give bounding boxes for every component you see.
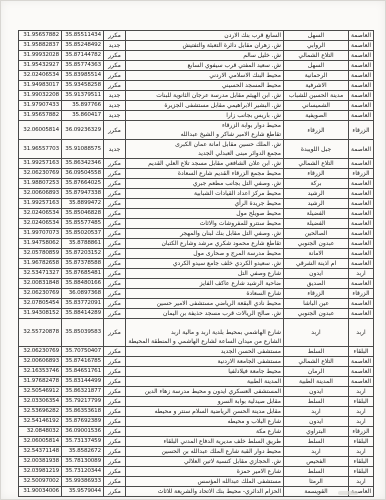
cell-longitude: 35.79217799 (62, 397, 104, 407)
cell-description: محيط المسجد الحسيني (126, 81, 284, 91)
cell-latitude: 31.99257163 (19, 159, 62, 169)
table-row: العاصمة الرحمانية محيط البنك الاسلامي ال… (19, 71, 374, 81)
cell-longitude: 35.86321877 (62, 387, 104, 397)
cell-status: مكرر (104, 387, 126, 397)
table-row: العاصمة الامانة محيط مدرسة المرج و صحارى… (19, 249, 374, 259)
cell-status: مكرر (104, 229, 126, 239)
cell-latitude: 31.95432927 (19, 61, 62, 71)
cell-longitude: 35.8899472 (62, 199, 104, 209)
cell-longitude: 35.87664025 (62, 179, 104, 189)
table-row: اربد اربد مقابل مدينة الحسن الرياضية الس… (19, 407, 374, 417)
cell-status: مكرر (104, 467, 126, 477)
cell-description: محيط صويلح مول (126, 209, 284, 219)
cell-latitude: 32.02406534 (19, 71, 62, 81)
cell-description: مقابل مدينة الحسن الرياضية السلام سنتر و… (126, 407, 284, 417)
cell-governorate: العاصمة (349, 279, 374, 289)
cell-latitude: 31.98807253 (19, 179, 62, 189)
cell-status: مكرر (104, 309, 126, 319)
cell-description: محيط البنك الاسلامي الاردني (126, 71, 284, 81)
cell-governorate: العاصمة (349, 199, 374, 209)
cell-latitude: 31.95657882 (19, 31, 62, 41)
cell-latitude: 31.95657882 (19, 111, 62, 121)
cell-governorate: اربد (349, 387, 374, 397)
cell-status: مكرر (104, 179, 126, 189)
cell-status: مكرر (104, 159, 126, 169)
cell-longitude: 35.897766 (62, 101, 104, 111)
cell-area: عبدون الجنوبي (284, 239, 349, 249)
cell-longitude: 35.87144782 (62, 51, 104, 61)
cell-description: شارع الامير حمزة (126, 467, 284, 477)
cell-governorate: العاصمة (349, 111, 374, 121)
cell-status: مكرر (104, 417, 126, 427)
cell-governorate: البلقاء (349, 457, 374, 467)
table-row: البلقاء السلط طريق السلط خلف مديرية الدف… (19, 437, 374, 447)
cell-description: مستشفى الملك عبدالله المؤسس (126, 477, 284, 487)
cell-governorate: الزرقاء (349, 289, 374, 299)
table-row: العاصمة الاشرفية محيط المسجد الحسيني مكر… (19, 81, 374, 91)
cell-governorate: اربد (349, 447, 374, 457)
cell-governorate: العاصمة (349, 41, 374, 51)
cell-status: مكرر (104, 487, 126, 497)
cell-governorate: العاصمة (349, 239, 374, 249)
cell-status: مكرر (104, 367, 126, 377)
scan-artifact (338, 491, 358, 495)
cell-status: مكرر (104, 319, 126, 347)
cell-latitude: 32.07805454 (19, 299, 62, 309)
table-row: البلقاء السلط مقابل صيدلية بوابة السرو م… (19, 397, 374, 407)
cell-area: ايدون (284, 269, 349, 279)
cell-latitude: 31.95882837 (19, 41, 62, 51)
cell-area: الشميساني (284, 101, 349, 111)
cell-area: السهل (284, 61, 349, 71)
cell-area: السهل (284, 31, 349, 41)
cell-latitude: 32.03306354 (19, 397, 62, 407)
cell-governorate: العاصمة (349, 189, 374, 199)
cell-description: شارع مكة (126, 427, 284, 437)
table-row: العاصمة جبل اللويبدة ش. الملك حسين مقابل… (19, 140, 374, 159)
cell-status: مكرر (104, 437, 126, 447)
cell-longitude: 35.73120344 (62, 467, 104, 477)
cell-description: شارع السعادة (126, 289, 284, 299)
cell-longitude: 35.87416785 (62, 357, 104, 367)
cell-governorate: البلقاء (349, 437, 374, 447)
cell-area: المدينة الطبية (284, 377, 349, 387)
cell-latitude: 32.06230769 (19, 169, 62, 179)
cell-description: محيط سنترو للمفروشات والاثاث (126, 219, 284, 229)
cell-description: ش. سعيدو الكردي خلف جامع سيدو الكردي (126, 259, 284, 269)
cell-governorate: اربد (349, 269, 374, 279)
cell-status: مكرر (104, 447, 126, 457)
cell-area: الزرقاء (284, 289, 349, 299)
table-row: العاصمة السهل ش. سعيد المفتي قرب سيفوي ا… (19, 61, 374, 71)
table-row: اربد الرمثا مستشفى الملك عبدالله المؤسس … (19, 477, 374, 487)
locations-table: العاصمة السهل السابع قرب بنك الاردن مكرر… (18, 30, 374, 497)
table-body: العاصمة السهل السابع قرب بنك الاردن مكرر… (19, 31, 374, 497)
table-row: العاصمة التلاع الشمالي ش. ابن علان الشاف… (19, 159, 374, 169)
cell-governorate: العاصمة (349, 209, 374, 219)
cell-status: مكرر (104, 357, 126, 367)
cell-governorate: الزرقاء (349, 169, 374, 179)
cell-longitude: 35.85046828 (62, 209, 104, 219)
table-row: العاصمة الصالحين ش. وصفي التل مقابل بنك … (19, 229, 374, 239)
cell-status: مكرر (104, 249, 126, 259)
cell-latitude: 32.02406534 (19, 219, 62, 229)
cell-description: ش. باريس بجانب زارا (126, 111, 284, 121)
cell-description: ش. ابن علان الشافعي مقابل مسجد تلاع العل… (126, 159, 284, 169)
table-row: العاصمة الفضيلة محيط سنترو للمفروشات وال… (19, 219, 374, 229)
cell-longitude: 35.85511434 (62, 31, 104, 41)
cell-longitude: 35.91088575 (62, 140, 104, 159)
cell-latitude: 31.99932028 (19, 51, 62, 61)
cell-description: ش. ابن الهيثم مقابل مدرسة عرجان الثانوية… (126, 91, 284, 101)
cell-description: ش. وصفي التل بجانب مطعم جبري (126, 179, 284, 189)
cell-status: مكرر (104, 239, 126, 249)
cell-description: محيط دوار بوابة الزرقاء تقاطع شارع الامي… (126, 121, 284, 140)
table-row: العاصمة الشميساني ش. البشير الابراهيمي م… (19, 101, 374, 111)
cell-longitude: 35.87685481 (62, 269, 104, 279)
cell-governorate: العاصمة (349, 51, 374, 61)
cell-longitude: 35.8788861 (62, 239, 104, 249)
table-row: العاصمة الروابي ش. زهران مقابل دائرة الت… (19, 41, 374, 51)
cell-longitude: 35.88414289 (62, 309, 104, 319)
cell-description: المدينة الطبية (126, 377, 284, 387)
cell-longitude: 35.87378588 (62, 259, 104, 269)
cell-latitude: 32.06005814 (19, 121, 62, 140)
cell-status: مكرر (104, 347, 126, 357)
cell-status: جديد (104, 101, 126, 111)
cell-governorate: العاصمة (349, 71, 374, 81)
cell-area: الزرقاء (284, 169, 349, 179)
cell-area: الصالحين (284, 229, 349, 239)
cell-area: السلط (284, 397, 349, 407)
table-row: العاصمة التلاع الشمالي مستشفى الجامعة ال… (19, 357, 374, 367)
cell-latitude: 32.55720878 (19, 319, 62, 347)
table-row: العاصمة الصويفية ش. باريس بجانب زارا جدي… (19, 111, 374, 121)
cell-description: محيط جامعة فيلادلفيا (126, 367, 284, 377)
cell-status: جديد (104, 41, 126, 51)
cell-longitude: 35.88480166 (62, 279, 104, 289)
cell-latitude: 31.94308152 (19, 309, 62, 319)
cell-description: محيط مركز اعداد القيادات الشبابية (126, 189, 284, 199)
cell-latitude: 31.99257163 (19, 199, 62, 209)
cell-status: مكرر (104, 199, 126, 209)
cell-description: السابع قرب بنك الاردن (126, 31, 284, 41)
cell-governorate: اربد (349, 417, 374, 427)
table-row: الزرقاء البتراوي شارع مكة مكرر 36.090015… (19, 427, 374, 437)
cell-area: اربد (284, 447, 349, 457)
cell-longitude: 35.86342346 (62, 159, 104, 169)
cell-longitude: 35.87203152 (62, 249, 104, 259)
cell-description: ش. خليل سالم (126, 51, 284, 61)
cell-area: التلاع الشمالي (284, 357, 349, 367)
cell-area: الروابي (284, 41, 349, 51)
cell-status: مكرر (104, 259, 126, 269)
table-row: الزرقاء الزرقاء محيط دوار بوابة الزرقاء … (19, 121, 374, 140)
table-row: العاصمة الفضيلة محيط صويلح مول مكرر 35.8… (19, 209, 374, 219)
cell-latitude: 32.03981219 (19, 467, 62, 477)
cell-description: ش. الحجازي مقابل كنسية لاتين العلالي (126, 457, 284, 467)
cell-description: شارع البلاب و محيطه (126, 417, 284, 427)
cell-governorate: العاصمة (349, 101, 374, 111)
cell-status: جديد (104, 111, 126, 121)
cell-longitude: 35.93458258 (62, 81, 104, 91)
cell-latitude: 32.53471327 (19, 269, 62, 279)
cell-governorate: العاصمة (349, 299, 374, 309)
cell-longitude: 35.91379511 (62, 91, 104, 101)
cell-status: جديد (104, 140, 126, 159)
cell-governorate: العاصمة (349, 259, 374, 269)
cell-latitude: 32.54146192 (19, 417, 62, 427)
cell-area: الفضيلة (284, 219, 349, 229)
cell-latitude: 31.96782658 (19, 259, 62, 269)
cell-area: الصويفية (284, 111, 349, 121)
cell-status: مكرر (104, 377, 126, 387)
table-row: العاصمة عبدون الجنوبي ش. صالح الريالات ق… (19, 309, 374, 319)
cell-governorate: اربد (349, 407, 374, 417)
cell-status: مكرر (104, 189, 126, 199)
cell-latitude: 32.00606893 (19, 189, 62, 199)
cell-area: الرشيد (284, 189, 349, 199)
cell-area: الاشرفية (284, 81, 349, 91)
cell-latitude: 32.53696282 (19, 407, 62, 417)
cell-status: جديد (104, 91, 126, 101)
cell-description: الحزام الدائري- محيط بنك الاتحاد والشريع… (126, 487, 284, 497)
cell-description: تقاطع شارع محمود شكري مرشد وشارع الكتبان (126, 239, 284, 249)
cell-status: مكرر (104, 61, 126, 71)
cell-governorate: العاصمة (349, 249, 374, 259)
cell-description: مقابل صيدلية بوابة السرو (126, 397, 284, 407)
cell-status: مكرر (104, 81, 126, 91)
cell-status: مكرر (104, 477, 126, 487)
cell-latitude: 31.99707073 (19, 229, 62, 239)
cell-longitude: 35.83772091 (62, 299, 104, 309)
cell-status: مكرر (104, 427, 126, 437)
cell-area: عبدون الجنوبي (284, 309, 349, 319)
cell-governorate: العاصمة (349, 229, 374, 239)
cell-longitude: 35.84651761 (62, 367, 104, 377)
cell-area: اربد (284, 407, 349, 417)
cell-longitude: 35.86353618 (62, 407, 104, 417)
cell-status: مكرر (104, 397, 126, 407)
cell-longitude: 35.73137459 (62, 437, 104, 447)
cell-latitude: 31.97682478 (19, 377, 62, 387)
cell-latitude: 31.94983017 (19, 81, 62, 91)
cell-longitude: 36.09504558 (62, 169, 104, 179)
cell-description: شارع وصفي التل (126, 269, 284, 279)
cell-governorate: العاصمة (349, 81, 374, 91)
cell-longitude: 35.78130089 (62, 457, 104, 467)
table-row: العاصمة التلاع الشمالي ش. خليل سالم مكرر… (19, 51, 374, 61)
cell-governorate: البلقاء (349, 397, 374, 407)
cell-latitude: 32.05780859 (19, 249, 62, 259)
cell-latitude: 31.94758062 (19, 239, 62, 249)
table-row: العاصمة الرشيد محيط مركز اعداد القيادات … (19, 189, 374, 199)
cell-governorate: اربد (349, 477, 374, 487)
cell-status: مكرر (104, 407, 126, 417)
table-row: الزرقاء الزرقاء شارع السعادة مكرر 36.089… (19, 289, 374, 299)
cell-latitude: 32.06230769 (19, 289, 62, 299)
table-row: العاصمة عبدون الجنوبي تقاطع شارع محمود ش… (19, 239, 374, 249)
cell-description: ش. صالح الريالات قرب مسجد حذيفة بن اليما… (126, 309, 284, 319)
cell-description: مستشفى الحسن الجديد (126, 347, 284, 357)
cell-governorate: العاصمة (349, 219, 374, 229)
cell-longitude: 35.87692389 (62, 417, 104, 427)
cell-status: مكرر (104, 71, 126, 81)
cell-latitude: 32.16353746 (19, 367, 62, 377)
cell-status: مكرر (104, 279, 126, 289)
table-row: العاصمة الصديق ضاحية الرشيد شارع عاكف ال… (19, 279, 374, 289)
cell-governorate: العاصمة (349, 357, 374, 367)
cell-description: محيط مدرسة المرج و صحارى مول (126, 249, 284, 259)
cell-governorate: البلقاء (349, 467, 374, 477)
cell-latitude: 32.54371148 (19, 447, 62, 457)
cell-description: المستشفى العسكري ايدون و محيط مدرسة زهاء… (126, 387, 284, 397)
table-row: البلقاء السلط مستشفى الحسن الجديد مكرر 3… (19, 347, 374, 357)
cell-status: مكرر (104, 219, 126, 229)
cell-longitude: 35.85039583 (62, 319, 104, 347)
cell-longitude: 35.85248492 (62, 41, 104, 51)
table-row: اربد اربد شارع الهاشمي بمحيط بلدية اربد … (19, 319, 374, 347)
cell-status: مكرر (104, 299, 126, 309)
cell-latitude: 32.0848032 (19, 427, 62, 437)
cell-area: عين الباشا (284, 299, 349, 309)
table-row: العاصمة السهل السابع قرب بنك الاردن مكرر… (19, 31, 374, 41)
cell-description: محيط دوار القبة شارع الملك عبدالله بن ال… (126, 447, 284, 457)
cell-longitude: 35.85020537 (62, 229, 104, 239)
cell-description: محيط جريدة الرأي (126, 199, 284, 209)
cell-governorate: الزرقاء (349, 121, 374, 140)
cell-longitude: 35.8582672 (62, 447, 104, 457)
cell-area: الزرقاء (284, 121, 349, 140)
cell-area: الصديق (284, 279, 349, 289)
cell-governorate: العاصمة (349, 140, 374, 159)
cell-status: مكرر (104, 51, 126, 61)
cell-description: شارع الهاشمي بمحيط بلدية اربد و مالية ار… (126, 319, 284, 347)
cell-status: مكرر (104, 209, 126, 219)
cell-governorate: العاصمة (349, 367, 374, 377)
table-row: العاصمة المدينة الطبية المدينة الطبية مك… (19, 377, 374, 387)
cell-area: ايدون (284, 417, 349, 427)
cell-area: الفحيص (284, 457, 349, 467)
cell-longitude: 35.83985514 (62, 71, 104, 81)
cell-status: مكرر (104, 31, 126, 41)
cell-latitude: 31.96557703 (19, 140, 62, 159)
table-row: العاصمة ام اذينة الشرقي ش. سعيدو الكردي … (19, 259, 374, 269)
cell-longitude: 36.0897368 (62, 289, 104, 299)
cell-area: ايدون (284, 387, 349, 397)
cell-area: الرحمانية (284, 71, 349, 81)
cell-longitude: 35.860417 (62, 111, 104, 121)
cell-area: الرمان (284, 367, 349, 377)
table-row: العاصمة مدينة الحسين للشباب ش. ابن الهيث… (19, 91, 374, 101)
cell-latitude: 31.90034006 (19, 487, 62, 497)
cell-area: التلاع الشمالي (284, 51, 349, 61)
table-row: اربد ايدون شارع وصفي التل مكرر 35.876854… (19, 269, 374, 279)
table-row: العاصمة الرشيد محيط جريدة الرأي مكرر 35.… (19, 199, 374, 209)
cell-longitude: 35.85577485 (62, 219, 104, 229)
cell-description: محيط مجمع الزرقاء القديم شارع السعادة (126, 169, 284, 179)
cell-governorate: الزرقاء (349, 427, 374, 437)
cell-governorate: العاصمة (349, 159, 374, 169)
cell-latitude: 32.50546912 (19, 387, 62, 397)
cell-area: الرشيد (284, 199, 349, 209)
table-row: العاصمة الرمان محيط جامعة فيلادلفيا مكرر… (19, 367, 374, 377)
cell-description: ش. وصفي التل مقابل بنك لبنان والمهجر (126, 229, 284, 239)
table-row: اربد ايدون المستشفى العسكري ايدون و محيط… (19, 387, 374, 397)
cell-status: مكرر (104, 457, 126, 467)
table-row: العاصمة عين الباشا محيط نادي البقعة الري… (19, 299, 374, 309)
cell-governorate: البلقاء (349, 347, 374, 357)
cell-latitude: 32.00381938 (19, 457, 62, 467)
table-row: البلقاء السلط شارع الامير حمزة مكرر 35.7… (19, 467, 374, 477)
table-row: البلقاء الفحيص ش. الحجازي مقابل كنسية لا… (19, 457, 374, 467)
cell-governorate: العاصمة (349, 309, 374, 319)
cell-latitude: 32.06230769 (19, 347, 62, 357)
cell-area: البتراوي (284, 427, 349, 437)
cell-latitude: 32.50097002 (19, 477, 62, 487)
cell-governorate: اربد (349, 319, 374, 347)
cell-status: مكرر (104, 169, 126, 179)
cell-area: جبل اللويبدة (284, 140, 349, 159)
cell-latitude: 31.99032208 (19, 91, 62, 101)
cell-governorate: العاصمة (349, 179, 374, 189)
cell-area: التلاع الشمالي (284, 159, 349, 169)
cell-area: اربد (284, 319, 349, 347)
cell-latitude: 32.06005814 (19, 437, 62, 447)
table-row: اربد ايدون شارع البلاب و محيطه مكرر 35.8… (19, 417, 374, 427)
cell-status: مكرر (104, 121, 126, 140)
cell-governorate: العاصمة (349, 377, 374, 387)
cell-area: السلط (284, 347, 349, 357)
cell-description: ش. البشير الابراهيمي مقابل مستشفى الجزير… (126, 101, 284, 111)
cell-longitude: 35.85774363 (62, 61, 104, 71)
table-row: العاصمة القويسمة الحزام الدائري- محيط بن… (19, 487, 374, 497)
scanned-page: العاصمة السهل السابع قرب بنك الاردن مكرر… (0, 0, 386, 500)
cell-longitude: 35.87947338 (62, 189, 104, 199)
cell-longitude: 36.09001536 (62, 427, 104, 437)
cell-longitude: 35.99386933 (62, 477, 104, 487)
cell-description: محيط نادي البقعة الرياضي مستشفى الامير ح… (126, 299, 284, 309)
cell-description: طريق السلط خلف مديرية الدفاع المدني البل… (126, 437, 284, 447)
cell-description: ش. الملك حسين مقابل امانة عمان الكبرى مج… (126, 140, 284, 159)
cell-governorate: العاصمة (349, 31, 374, 41)
table-row: العاصمة بركة ش. وصفي التل بجانب مطعم جبر… (19, 179, 374, 189)
cell-latitude: 32.00831848 (19, 279, 62, 289)
cell-status: مكرر (104, 289, 126, 299)
cell-area: السلط (284, 437, 349, 447)
cell-description: ش. زهران مقابل دائرة التعبئة والتفتيش (126, 41, 284, 51)
cell-area: الفضيلة (284, 209, 349, 219)
cell-longitude: 35.83144499 (62, 377, 104, 387)
cell-description: ش. سعيد المفتي قرب سيفوي السابع (126, 61, 284, 71)
cell-latitude: 31.97907433 (19, 101, 62, 111)
cell-governorate: العاصمة (349, 61, 374, 71)
cell-area: ام اذينة الشرقي (284, 259, 349, 269)
cell-longitude: 35.70750407 (62, 347, 104, 357)
cell-area: الامانة (284, 249, 349, 259)
cell-area: بركة (284, 179, 349, 189)
cell-latitude: 32.02406534 (19, 209, 62, 219)
cell-longitude: 35.9579044 (62, 487, 104, 497)
cell-description: مستشفى الجامعة الاردنية (126, 357, 284, 367)
cell-longitude: 36.09236329 (62, 121, 104, 140)
cell-status: مكرر (104, 269, 126, 279)
table-row: اربد اربد محيط دوار القبة شارع الملك عبد… (19, 447, 374, 457)
cell-area: الرمثا (284, 477, 349, 487)
cell-area: السلط (284, 467, 349, 477)
cell-latitude: 32.00606893 (19, 357, 62, 367)
table-row: الزرقاء الزرقاء محيط مجمع الزرقاء القديم… (19, 169, 374, 179)
